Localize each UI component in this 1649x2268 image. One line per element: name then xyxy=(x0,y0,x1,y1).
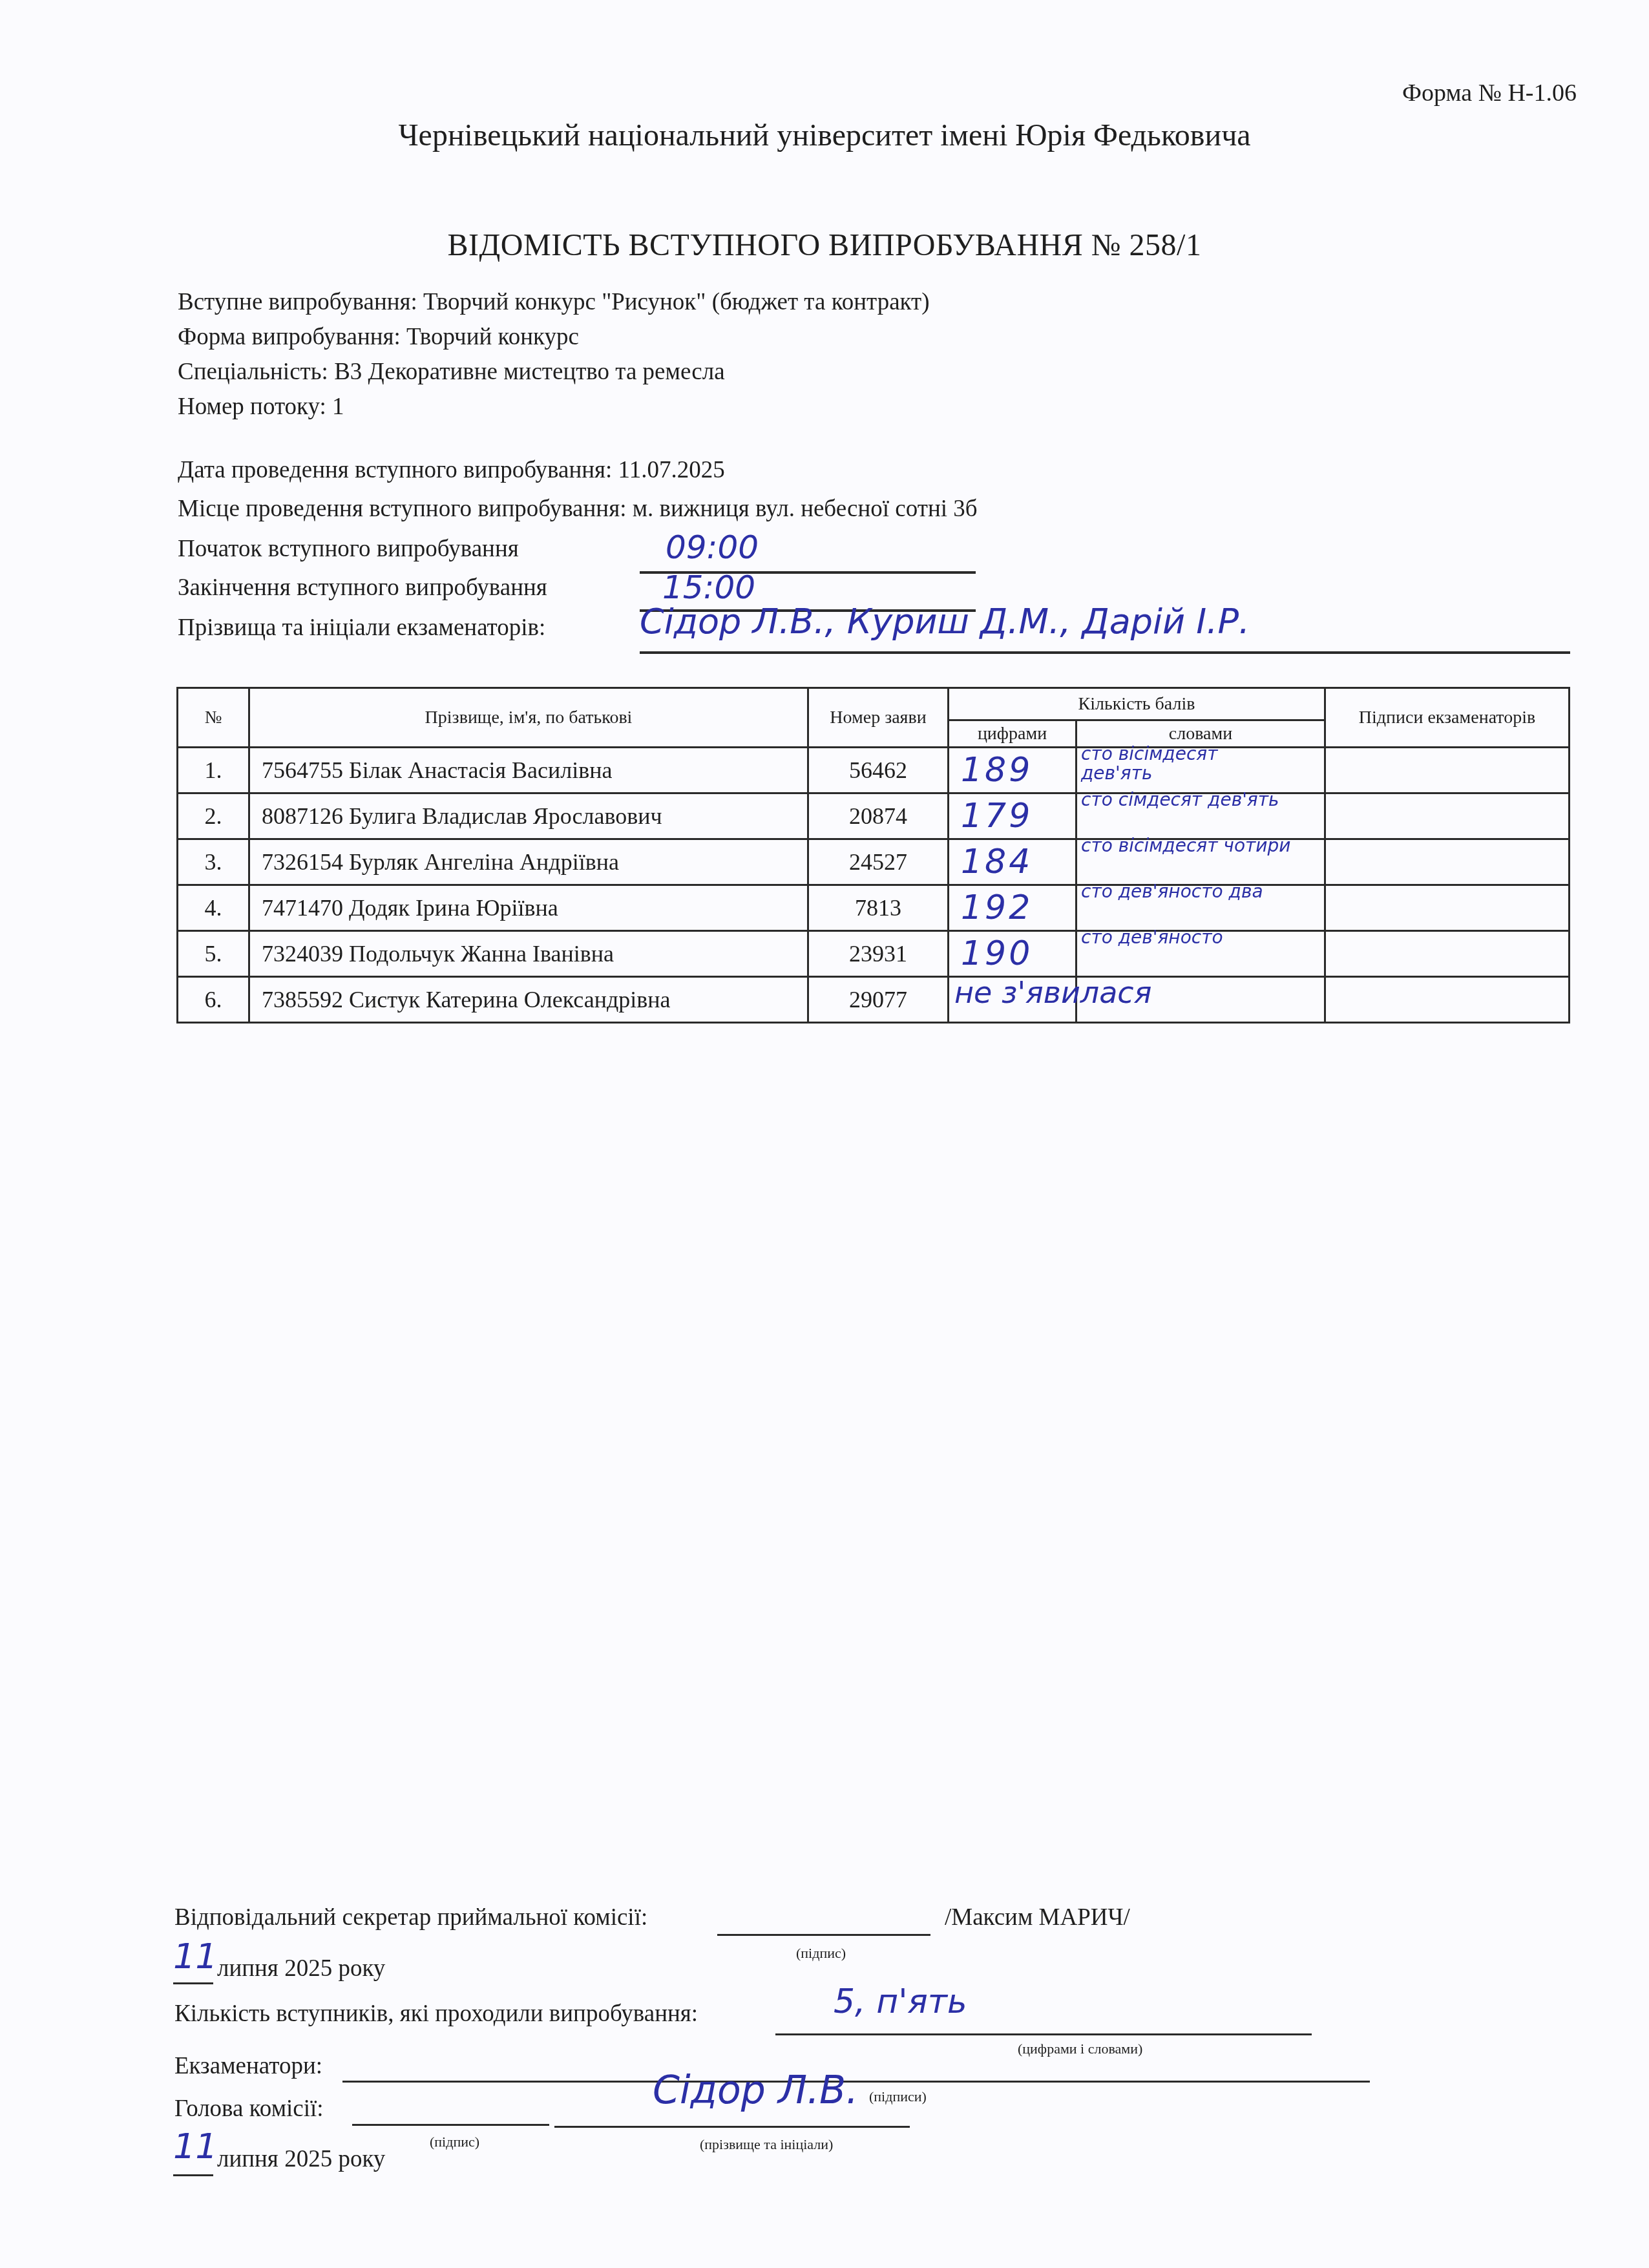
document-title: ВІДОМІСТЬ ВСТУПНОГО ВИПРОБУВАННЯ № 258/1 xyxy=(0,227,1649,263)
chair-name: Сідор Л.В. xyxy=(653,2068,858,2113)
score-words: сто вісімдесят чотири xyxy=(1081,836,1294,856)
table-row: 2.8087126 Булига Владислав Ярославович20… xyxy=(178,793,1570,839)
secretary-name: /Максим МАРИЧ/ xyxy=(945,1904,1130,1931)
application-number: 7813 xyxy=(808,885,949,931)
table-row: 4.7471470 Додяк Ірина Юріївна7813192сто … xyxy=(178,885,1570,931)
col-name: Прізвище, ім'я, по батькові xyxy=(249,688,808,748)
count-label: Кількість вступників, які проходили випр… xyxy=(174,2000,698,2028)
examiner-signatures xyxy=(1325,793,1570,839)
examiners-label: Прізвища та ініціали екзаменаторів: xyxy=(178,614,545,642)
examiners-underline xyxy=(640,651,1570,654)
table-row: 6.7385592 Систук Катерина Олександрівна2… xyxy=(178,977,1570,1023)
results-table: № Прізвище, ім'я, по батькові Номер заяв… xyxy=(176,687,1570,1024)
examiners-names: Сідор Л.В., Куриш Д.М., Дарій І.Р. xyxy=(640,601,1250,642)
count-value: 5, п'ять xyxy=(834,1982,967,2021)
start-time: 09:00 xyxy=(666,529,759,566)
row-number: 4. xyxy=(178,885,249,931)
examiner-signatures xyxy=(1325,839,1570,885)
secretary-signature-line xyxy=(717,1934,930,1936)
date-day-underline xyxy=(173,1982,213,1984)
applicant-name: 7326154 Бурляк Ангеліна Андріївна xyxy=(249,839,808,885)
table-row: 1.7564755 Білак Анастасія Василівна56462… xyxy=(178,748,1570,793)
row-number: 5. xyxy=(178,931,249,977)
chair-name-caption: (прізвище та ініціали) xyxy=(700,2136,833,2153)
date-rest: липня 2025 року xyxy=(217,1955,385,1982)
secretary-signature-caption: (підпис) xyxy=(796,1945,846,1962)
applicant-name: 7471470 Додяк Ірина Юріївна xyxy=(249,885,808,931)
score-words: сто сімдесят дев'ять xyxy=(1081,790,1294,810)
form-number: Форма № Н-1.06 xyxy=(1402,79,1577,107)
exam-name: Вступне випробування: Творчий конкурс "Р… xyxy=(178,288,930,316)
score-digits: 179 xyxy=(961,797,1033,835)
secretary-label: Відповідальний секретар приймальної комі… xyxy=(174,1904,647,1931)
score-digits: 190 xyxy=(961,934,1033,973)
exam-place: Місце проведення вступного випробування:… xyxy=(178,495,978,523)
date-day: 11 xyxy=(173,1936,218,1977)
score-words: сто дев'яносто xyxy=(1081,928,1294,947)
score-digits: 192 xyxy=(961,888,1033,927)
examiner-signatures xyxy=(1325,748,1570,793)
row-number: 6. xyxy=(178,977,249,1023)
application-number: 20874 xyxy=(808,793,949,839)
table-row: 5.7324039 Подольчук Жанна Іванівна239311… xyxy=(178,931,1570,977)
stream-number: Номер потоку: 1 xyxy=(178,393,344,421)
start-label: Початок вступного випробування xyxy=(178,535,519,563)
application-number: 23931 xyxy=(808,931,949,977)
score-digits: 184 xyxy=(961,843,1033,881)
examiner-signatures xyxy=(1325,931,1570,977)
examiners-footer-label: Екзаменатори: xyxy=(174,2052,322,2080)
score-digits: 189 xyxy=(961,751,1033,790)
end-label: Закінчення вступного випробування xyxy=(178,574,547,602)
score-words: не з'явилася xyxy=(954,983,1316,1002)
exam-form: Форма випробування: Творчий конкурс xyxy=(178,323,579,351)
row-number: 1. xyxy=(178,748,249,793)
table-row: 3.7326154 Бурляк Ангеліна Андріївна24527… xyxy=(178,839,1570,885)
university-name: Чернівецький національний університет ім… xyxy=(0,118,1649,153)
application-number: 24527 xyxy=(808,839,949,885)
application-number: 56462 xyxy=(808,748,949,793)
chair-signature-caption: (підпис) xyxy=(430,2134,479,2150)
chair-name-line xyxy=(554,2126,910,2128)
col-application: Номер заяви xyxy=(808,688,949,748)
score-words: сто вісімдесят дев'ять xyxy=(1081,744,1294,783)
date2-day-underline xyxy=(173,2174,213,2176)
applicant-name: 7324039 Подольчук Жанна Іванівна xyxy=(249,931,808,977)
date2-rest: липня 2025 року xyxy=(217,2145,385,2173)
specialty: Спеціальність: B3 Декоративне мистецтво … xyxy=(178,358,725,386)
examiner-signatures xyxy=(1325,977,1570,1023)
chair-label: Голова комісії: xyxy=(174,2095,324,2123)
examiner-signatures xyxy=(1325,885,1570,931)
col-no: № xyxy=(178,688,249,748)
row-number: 2. xyxy=(178,793,249,839)
chair-signature-line xyxy=(352,2124,549,2126)
score-words: сто дев'яносто два xyxy=(1081,882,1294,901)
col-score-digits: цифрами xyxy=(949,720,1077,748)
col-signatures: Підписи екзаменаторів xyxy=(1325,688,1570,748)
count-caption: (цифрами і словами) xyxy=(1018,2041,1142,2057)
date2-day: 11 xyxy=(173,2126,218,2167)
exam-date: Дата проведення вступного випробування: … xyxy=(178,456,725,484)
count-underline xyxy=(775,2033,1312,2035)
application-number: 29077 xyxy=(808,977,949,1023)
applicant-name: 7385592 Систук Катерина Олександрівна xyxy=(249,977,808,1023)
applicant-name: 7564755 Білак Анастасія Василівна xyxy=(249,748,808,793)
row-number: 3. xyxy=(178,839,249,885)
examiners-signatures-caption: (підписи) xyxy=(869,2088,927,2105)
col-score-group: Кількість балів xyxy=(949,688,1325,720)
applicant-name: 8087126 Булига Владислав Ярославович xyxy=(249,793,808,839)
